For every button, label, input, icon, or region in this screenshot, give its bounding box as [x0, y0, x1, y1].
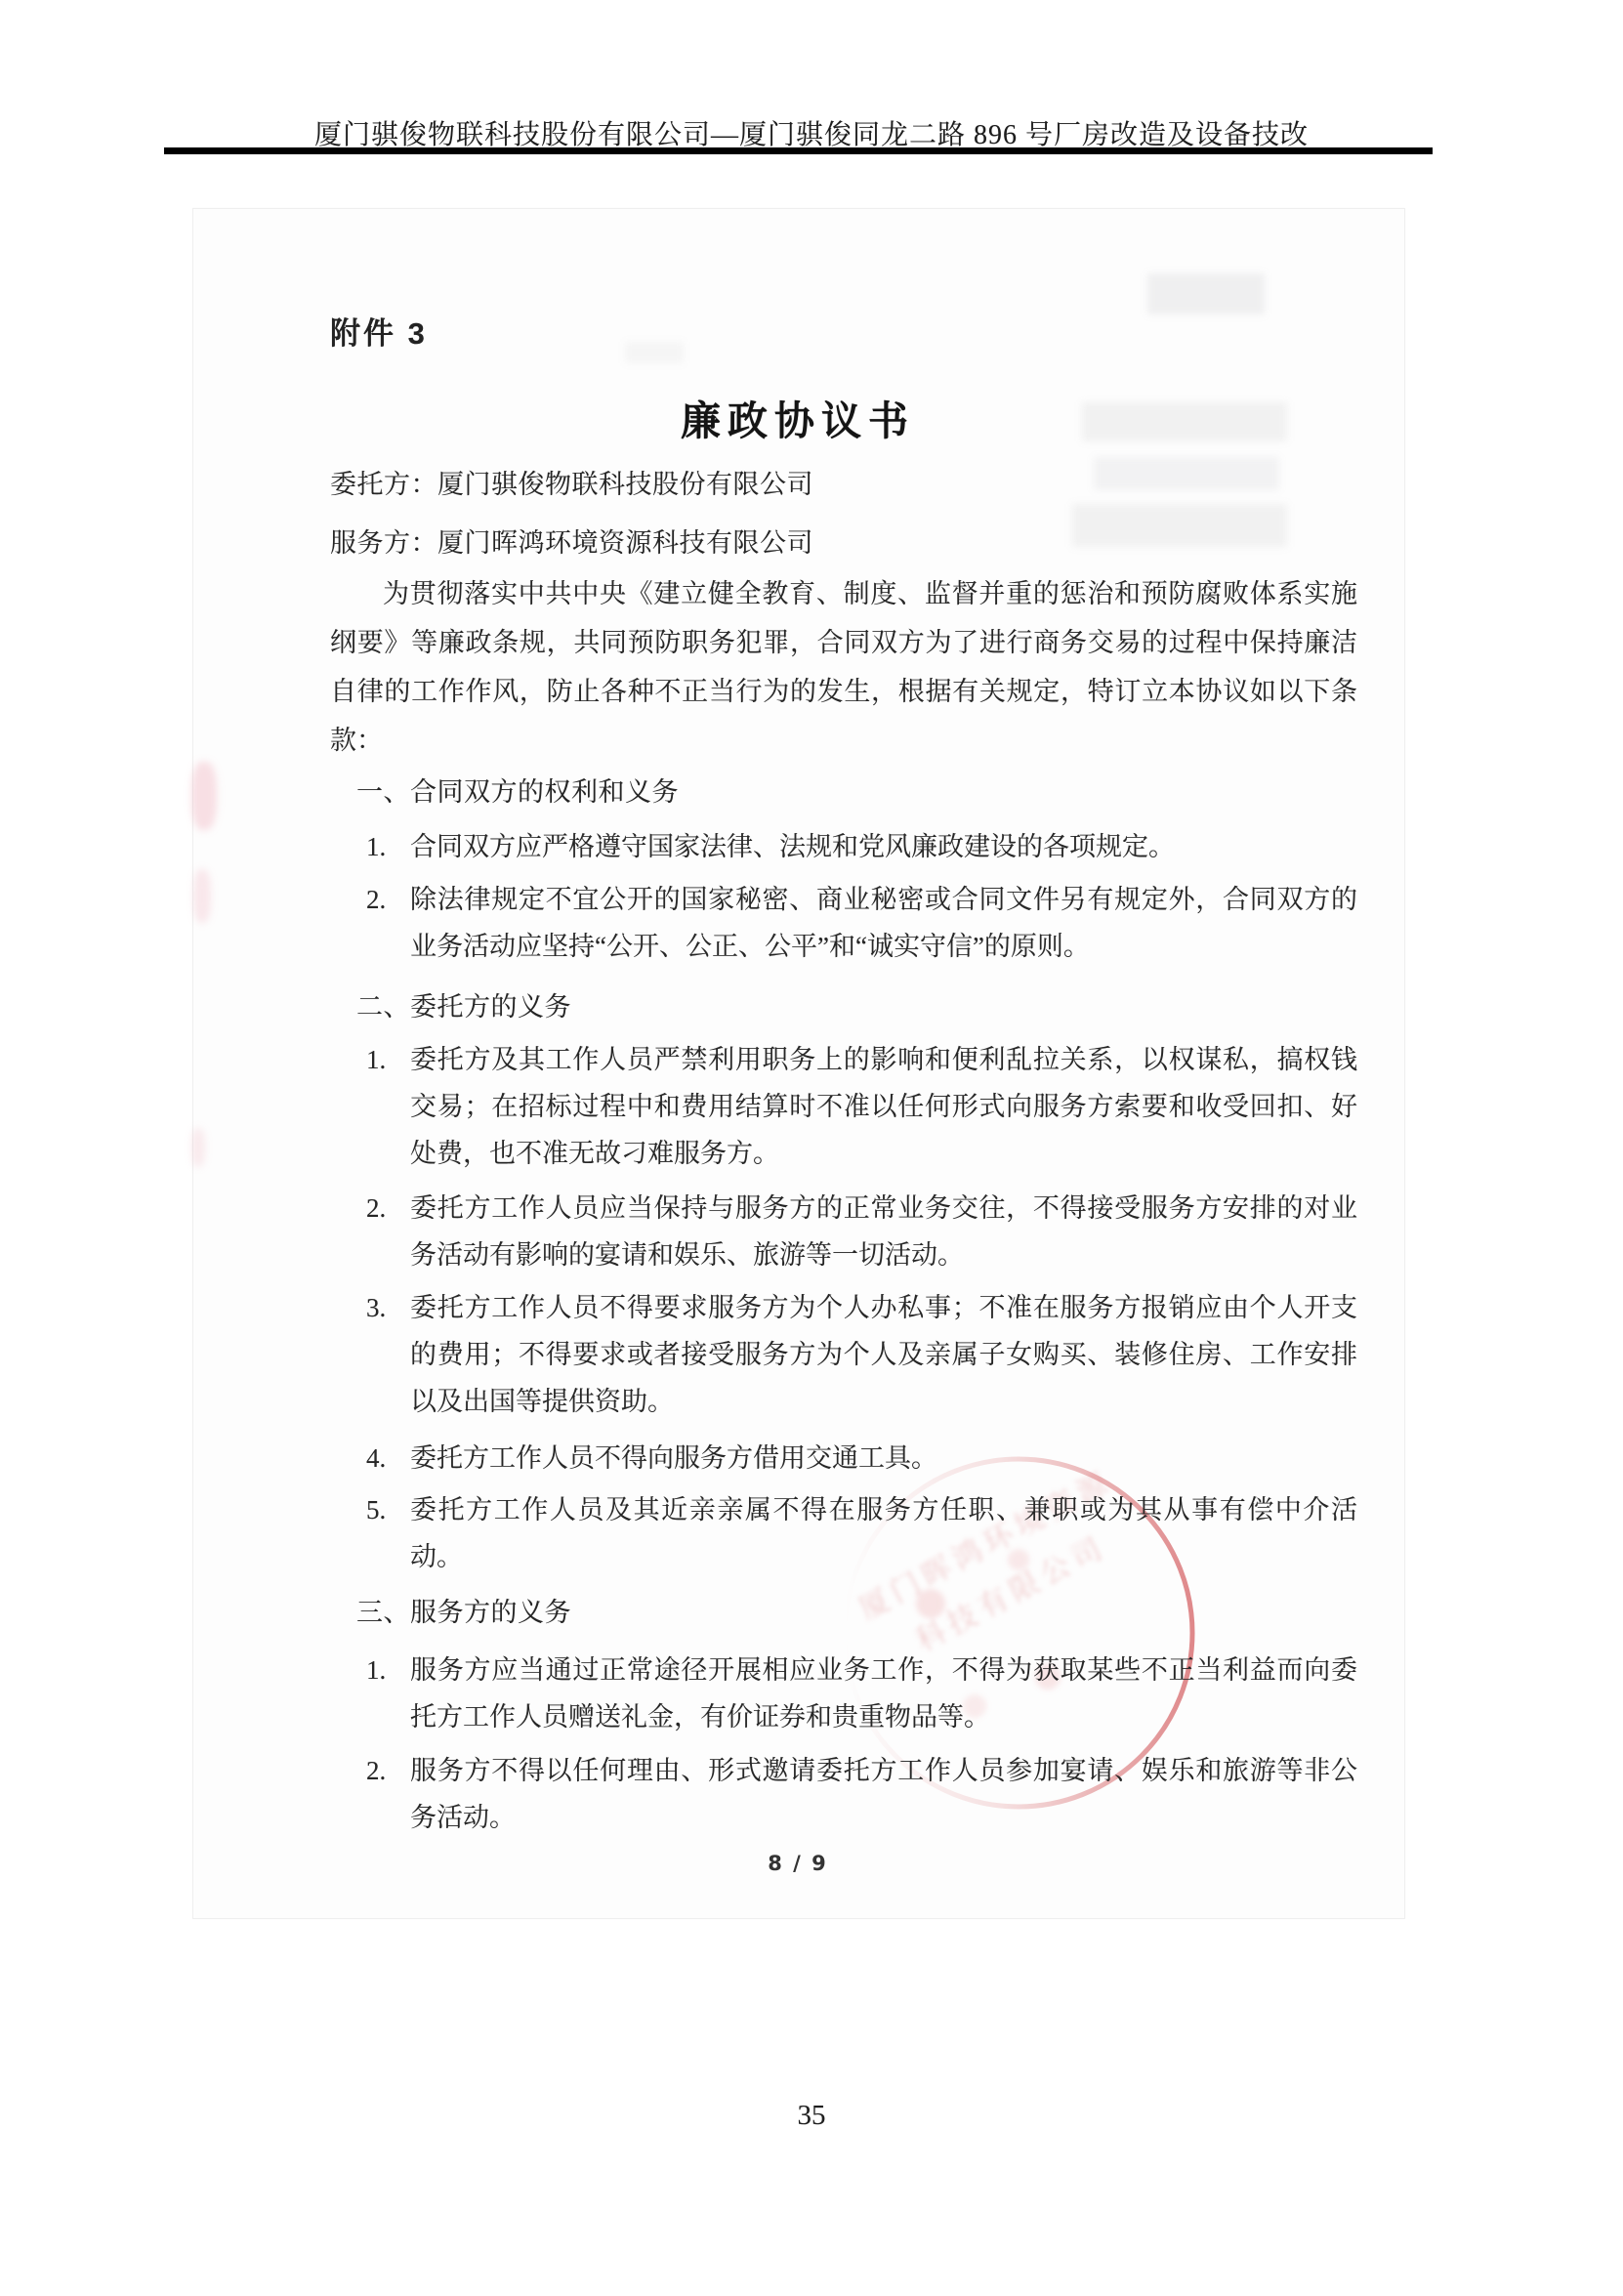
- section-heading-2: 二、委托方的义务: [356, 985, 571, 1023]
- item-text: 服务方应当通过正常途径开展相应业务工作，不得为获取某些不正当利益而向委托方工作人…: [410, 1655, 1357, 1732]
- list-item: 1.合同双方应严格遵守国家法律、法规和党风廉政建设的各项规定。: [366, 823, 1357, 870]
- inner-page-indicator: 8 / 9: [192, 1852, 1403, 1875]
- item-text: 委托方工作人员应当保持与服务方的正常业务交往，不得接受服务方安排的对业务活动有影…: [410, 1193, 1357, 1270]
- list-item: 1.委托方及其工作人员严禁利用职务上的影响和便利乱拉关系，以权谋私，搞权钱交易；…: [366, 1036, 1357, 1177]
- list-item: 3.委托方工作人员不得要求服务方为个人办私事；不准在服务方报销应由个人开支的费用…: [366, 1284, 1357, 1425]
- item-text: 服务方不得以任何理由、形式邀请委托方工作人员参加宴请、娱乐和旅游等非公务活动。: [410, 1756, 1357, 1832]
- item-number: 3.: [366, 1284, 410, 1331]
- item-number: 1.: [366, 1036, 410, 1083]
- item-number: 1.: [366, 1647, 410, 1693]
- item-text: 委托方工作人员及其近亲亲属不得在服务方任职、兼职或为其从事有偿中介活动。: [410, 1495, 1357, 1571]
- section-number: 一、: [356, 771, 410, 809]
- section-heading-1: 一、合同双方的权利和义务: [356, 771, 679, 809]
- section-number: 三、: [356, 1591, 410, 1629]
- page-title: 廉政协议书: [192, 389, 1403, 446]
- section-title: 服务方的义务: [410, 1598, 571, 1627]
- section-title: 委托方的义务: [410, 992, 571, 1022]
- list-item: 2.委托方工作人员应当保持与服务方的正常业务交往，不得接受服务方安排的对业务活动…: [366, 1185, 1357, 1278]
- item-text: 合同双方应严格遵守国家法律、法规和党风廉政建设的各项规定。: [410, 832, 1175, 861]
- header-rule: [164, 147, 1433, 154]
- document-page: 厦门骐俊物联科技股份有限公司—厦门骐俊同龙二路 896 号厂房改造及设备技改 厦…: [0, 0, 1623, 2296]
- outer-page-number: 35: [0, 2100, 1623, 2132]
- list-item: 2.服务方不得以任何理由、形式邀请委托方工作人员参加宴请、娱乐和旅游等非公务活动…: [366, 1747, 1357, 1841]
- item-number: 2.: [366, 1747, 410, 1794]
- item-number: 5.: [366, 1486, 410, 1533]
- section-number: 二、: [356, 985, 410, 1023]
- item-number: 1.: [366, 823, 410, 870]
- list-item: 2.除法律规定不宜公开的国家秘密、商业秘密或合同文件另有规定外，合同双方的业务活…: [366, 876, 1357, 970]
- item-text: 委托方工作人员不得向服务方借用交通工具。: [410, 1443, 937, 1473]
- running-header: 厦门骐俊物联科技股份有限公司—厦门骐俊同龙二路 896 号厂房改造及设备技改: [0, 113, 1623, 152]
- section-heading-3: 三、服务方的义务: [356, 1591, 571, 1629]
- item-text: 委托方工作人员不得要求服务方为个人办私事；不准在服务方报销应由个人开支的费用；不…: [410, 1293, 1357, 1416]
- section-title: 合同双方的权利和义务: [410, 777, 679, 807]
- item-text: 委托方及其工作人员严禁利用职务上的影响和便利乱拉关系，以权谋私，搞权钱交易；在招…: [410, 1045, 1357, 1168]
- party-b-line: 服务方：厦门晖鸿环境资源科技有限公司: [330, 522, 813, 560]
- item-number: 4.: [366, 1435, 410, 1482]
- party-a-line: 委托方：厦门骐俊物联科技股份有限公司: [330, 463, 813, 501]
- list-item: 5.委托方工作人员及其近亲亲属不得在服务方任职、兼职或为其从事有偿中介活动。: [366, 1486, 1357, 1580]
- item-number: 2.: [366, 876, 410, 923]
- list-item: 4.委托方工作人员不得向服务方借用交通工具。: [366, 1435, 1357, 1482]
- item-number: 2.: [366, 1185, 410, 1231]
- attachment-label: 附件 3: [330, 309, 428, 353]
- preamble-paragraph: 为贯彻落实中共中央《建立健全教育、制度、监督并重的惩治和预防腐败体系实施纲要》等…: [330, 569, 1357, 765]
- list-item: 1.服务方应当通过正常途径开展相应业务工作，不得为获取某些不正当利益而向委托方工…: [366, 1647, 1357, 1740]
- item-text: 除法律规定不宜公开的国家秘密、商业秘密或合同文件另有规定外，合同双方的业务活动应…: [410, 885, 1357, 961]
